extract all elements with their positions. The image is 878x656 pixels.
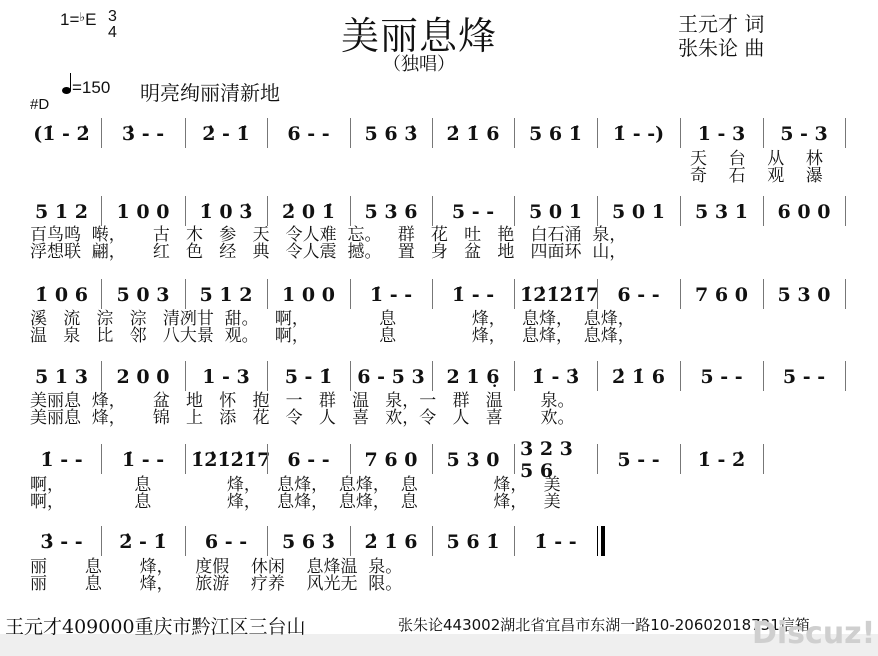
- measure: 1̇ 0 3̇: [191, 198, 261, 226]
- bar-line: [350, 444, 351, 474]
- bar-line: [763, 196, 764, 226]
- bar-line: [514, 361, 515, 391]
- measure: 2 0 0: [107, 363, 179, 391]
- measure: 5 3 1: [686, 198, 757, 226]
- bar-line: [763, 361, 764, 391]
- measure: 5 0 1: [603, 198, 674, 226]
- lyrics-verse-2: 奇 石 观 瀑: [690, 167, 823, 185]
- measure: 5 1 2: [191, 281, 261, 309]
- measure: 5 - 1̇: [273, 363, 344, 391]
- bar-line: [845, 118, 846, 148]
- bar-line: [350, 118, 351, 148]
- measure: 2̇ 0 1̇: [273, 198, 344, 226]
- bar-line: [350, 279, 351, 309]
- measure: 6 - -: [191, 528, 261, 556]
- measure: 2 1 6̣: [438, 363, 508, 391]
- watermark: Discuz!: [752, 616, 875, 651]
- measure: 1 - 3: [686, 120, 757, 148]
- bar-line: [514, 444, 515, 474]
- bar-line: [514, 118, 515, 148]
- bar-line: [267, 361, 268, 391]
- bar-line: [514, 196, 515, 226]
- measure: 1̇ - 2̇: [686, 446, 757, 474]
- measure: 7 6 0: [356, 446, 426, 474]
- measure: 2̇ 1̇ 6: [356, 528, 426, 556]
- measure: 2̇ 1̇ 6: [603, 363, 674, 391]
- alt-key-label: #D: [30, 96, 49, 113]
- lyrics-verse-2: 啊， 息 烽， 息烽， 息烽， 息 烽， 美: [30, 493, 561, 511]
- subtitle-text: （独唱）: [383, 54, 455, 75]
- bar-line: [350, 526, 351, 556]
- measure: 1̇ - -: [438, 281, 508, 309]
- bar-line: [597, 118, 598, 148]
- bar-line: [350, 196, 351, 226]
- measure: 5 6 3̇: [356, 120, 426, 148]
- bar-line: [432, 361, 433, 391]
- bar-line: [597, 361, 598, 391]
- lyrics-verse-2: 浮想联 翩， 红 色 经 典 令人震 撼。 置 身 盆 地 四面环 山，: [30, 243, 626, 261]
- bar-line: [597, 279, 598, 309]
- expression-mark: 明亮绚丽清新地: [140, 77, 280, 106]
- tempo-value: =150: [72, 78, 110, 97]
- bar-line: [432, 444, 433, 474]
- measure: 5 6 3̇: [273, 528, 344, 556]
- measure: 5 3 0: [438, 446, 508, 474]
- measure: 1̇2̇1̇2̇1̇7: [520, 281, 591, 309]
- measure: 5 1 3: [28, 363, 95, 391]
- tempo-mark: =150: [62, 78, 110, 98]
- bar-line: [845, 279, 846, 309]
- final-barline-thin: [597, 526, 598, 556]
- measure: 6 0 0: [769, 198, 839, 226]
- bar-line: [514, 279, 515, 309]
- bar-line: [185, 279, 186, 309]
- measure: 6 - -: [603, 281, 674, 309]
- measure: 3̇ - -: [28, 528, 95, 556]
- lyrics-verse-2: 美丽息 烽， 锦 上 添 花 令 人 喜 欢，令 人 喜 欢。: [30, 409, 575, 427]
- bar-line: [267, 526, 268, 556]
- measure: 2̇ 1̇ 6: [438, 120, 508, 148]
- bar-line: [680, 361, 681, 391]
- measure: 3 2 3 5 6: [520, 446, 591, 474]
- bar-line: [101, 444, 102, 474]
- composer-address: 张朱论443002湖北省宜昌市东湖一路10-20602018731信箱: [398, 614, 810, 635]
- measure: 1 0 0: [273, 281, 344, 309]
- measure: 5 - -: [438, 198, 508, 226]
- bar-line: [680, 118, 681, 148]
- measure: 6 - 5 3: [356, 363, 426, 391]
- bar-line: [267, 444, 268, 474]
- measure: 1̇ - 3̇: [520, 363, 591, 391]
- bar-line: [432, 196, 433, 226]
- bar-line: [101, 196, 102, 226]
- measure: 1̇2̇1̇2̇1̇7: [191, 446, 261, 474]
- bar-line: [845, 196, 846, 226]
- measure: 1̇ - -: [356, 281, 426, 309]
- bar-line: [101, 361, 102, 391]
- bar-line: [101, 279, 102, 309]
- bar-line: [267, 196, 268, 226]
- bar-line: [350, 361, 351, 391]
- bar-line: [432, 279, 433, 309]
- measure: 1 0 0: [107, 198, 179, 226]
- measure: 1̇ - -): [603, 120, 674, 148]
- measure: 5 - -: [603, 446, 674, 474]
- measure: 5 1 2: [28, 198, 95, 226]
- bar-line: [763, 118, 764, 148]
- bar-line: [185, 196, 186, 226]
- lyrics-verse-2: 温 泉 比 邻 八大景 观。 啊， 息 烽， 息烽， 息烽，: [30, 327, 635, 345]
- bar-line: [101, 118, 102, 148]
- measure: 7 6 0: [686, 281, 757, 309]
- measure: 3̇ - -: [107, 120, 179, 148]
- bar-line: [680, 196, 681, 226]
- measure: (1̇ - 2̇: [28, 120, 95, 148]
- bar-line: [763, 444, 764, 474]
- measure: 1̇ - -: [107, 446, 179, 474]
- bar-line: [432, 118, 433, 148]
- final-barline-thick: [601, 526, 605, 556]
- bar-line: [185, 118, 186, 148]
- measure: 5 - -: [686, 363, 757, 391]
- bar-line: [845, 361, 846, 391]
- measure: 5 6 1̇: [520, 120, 591, 148]
- bar-line: [267, 118, 268, 148]
- measure: 5 - 3: [769, 120, 839, 148]
- measure: 5 6 1̇: [438, 528, 508, 556]
- measure: 5 - -: [769, 363, 839, 391]
- measure: 6 - -: [273, 120, 344, 148]
- bar-line: [267, 279, 268, 309]
- measure: 1 - 3: [191, 363, 261, 391]
- bar-line: [514, 526, 515, 556]
- composer-credit: 张朱论 曲: [678, 32, 764, 61]
- bar-line: [185, 526, 186, 556]
- bar-line: [680, 279, 681, 309]
- measure: 5 3 0: [769, 281, 839, 309]
- bar-line: [763, 279, 764, 309]
- measure: 5 0 3: [107, 281, 179, 309]
- measure: 1̇ - -: [28, 446, 95, 474]
- measure: 6 - -: [273, 446, 344, 474]
- quarter-note-icon: [62, 87, 71, 94]
- lyrics-verse-2: 丽 息 烽， 旅游 疗养 风光无 限。: [30, 575, 402, 593]
- bar-line: [185, 361, 186, 391]
- measure: 1̇ - -: [520, 528, 591, 556]
- lyricist-address: 王元才409000重庆市黔江区三台山: [5, 612, 306, 639]
- bar-line: [597, 196, 598, 226]
- bar-line: [680, 444, 681, 474]
- measure: 5 0 1: [520, 198, 591, 226]
- measure: 1̇ 0 6: [28, 281, 95, 309]
- measure: 5 3 6: [356, 198, 426, 226]
- bar-line: [432, 526, 433, 556]
- bar-line: [597, 444, 598, 474]
- bar-line: [185, 444, 186, 474]
- bar-line: [101, 526, 102, 556]
- measure: 2̇ - 1̇: [191, 120, 261, 148]
- measure: 2̇ - 1̇: [107, 528, 179, 556]
